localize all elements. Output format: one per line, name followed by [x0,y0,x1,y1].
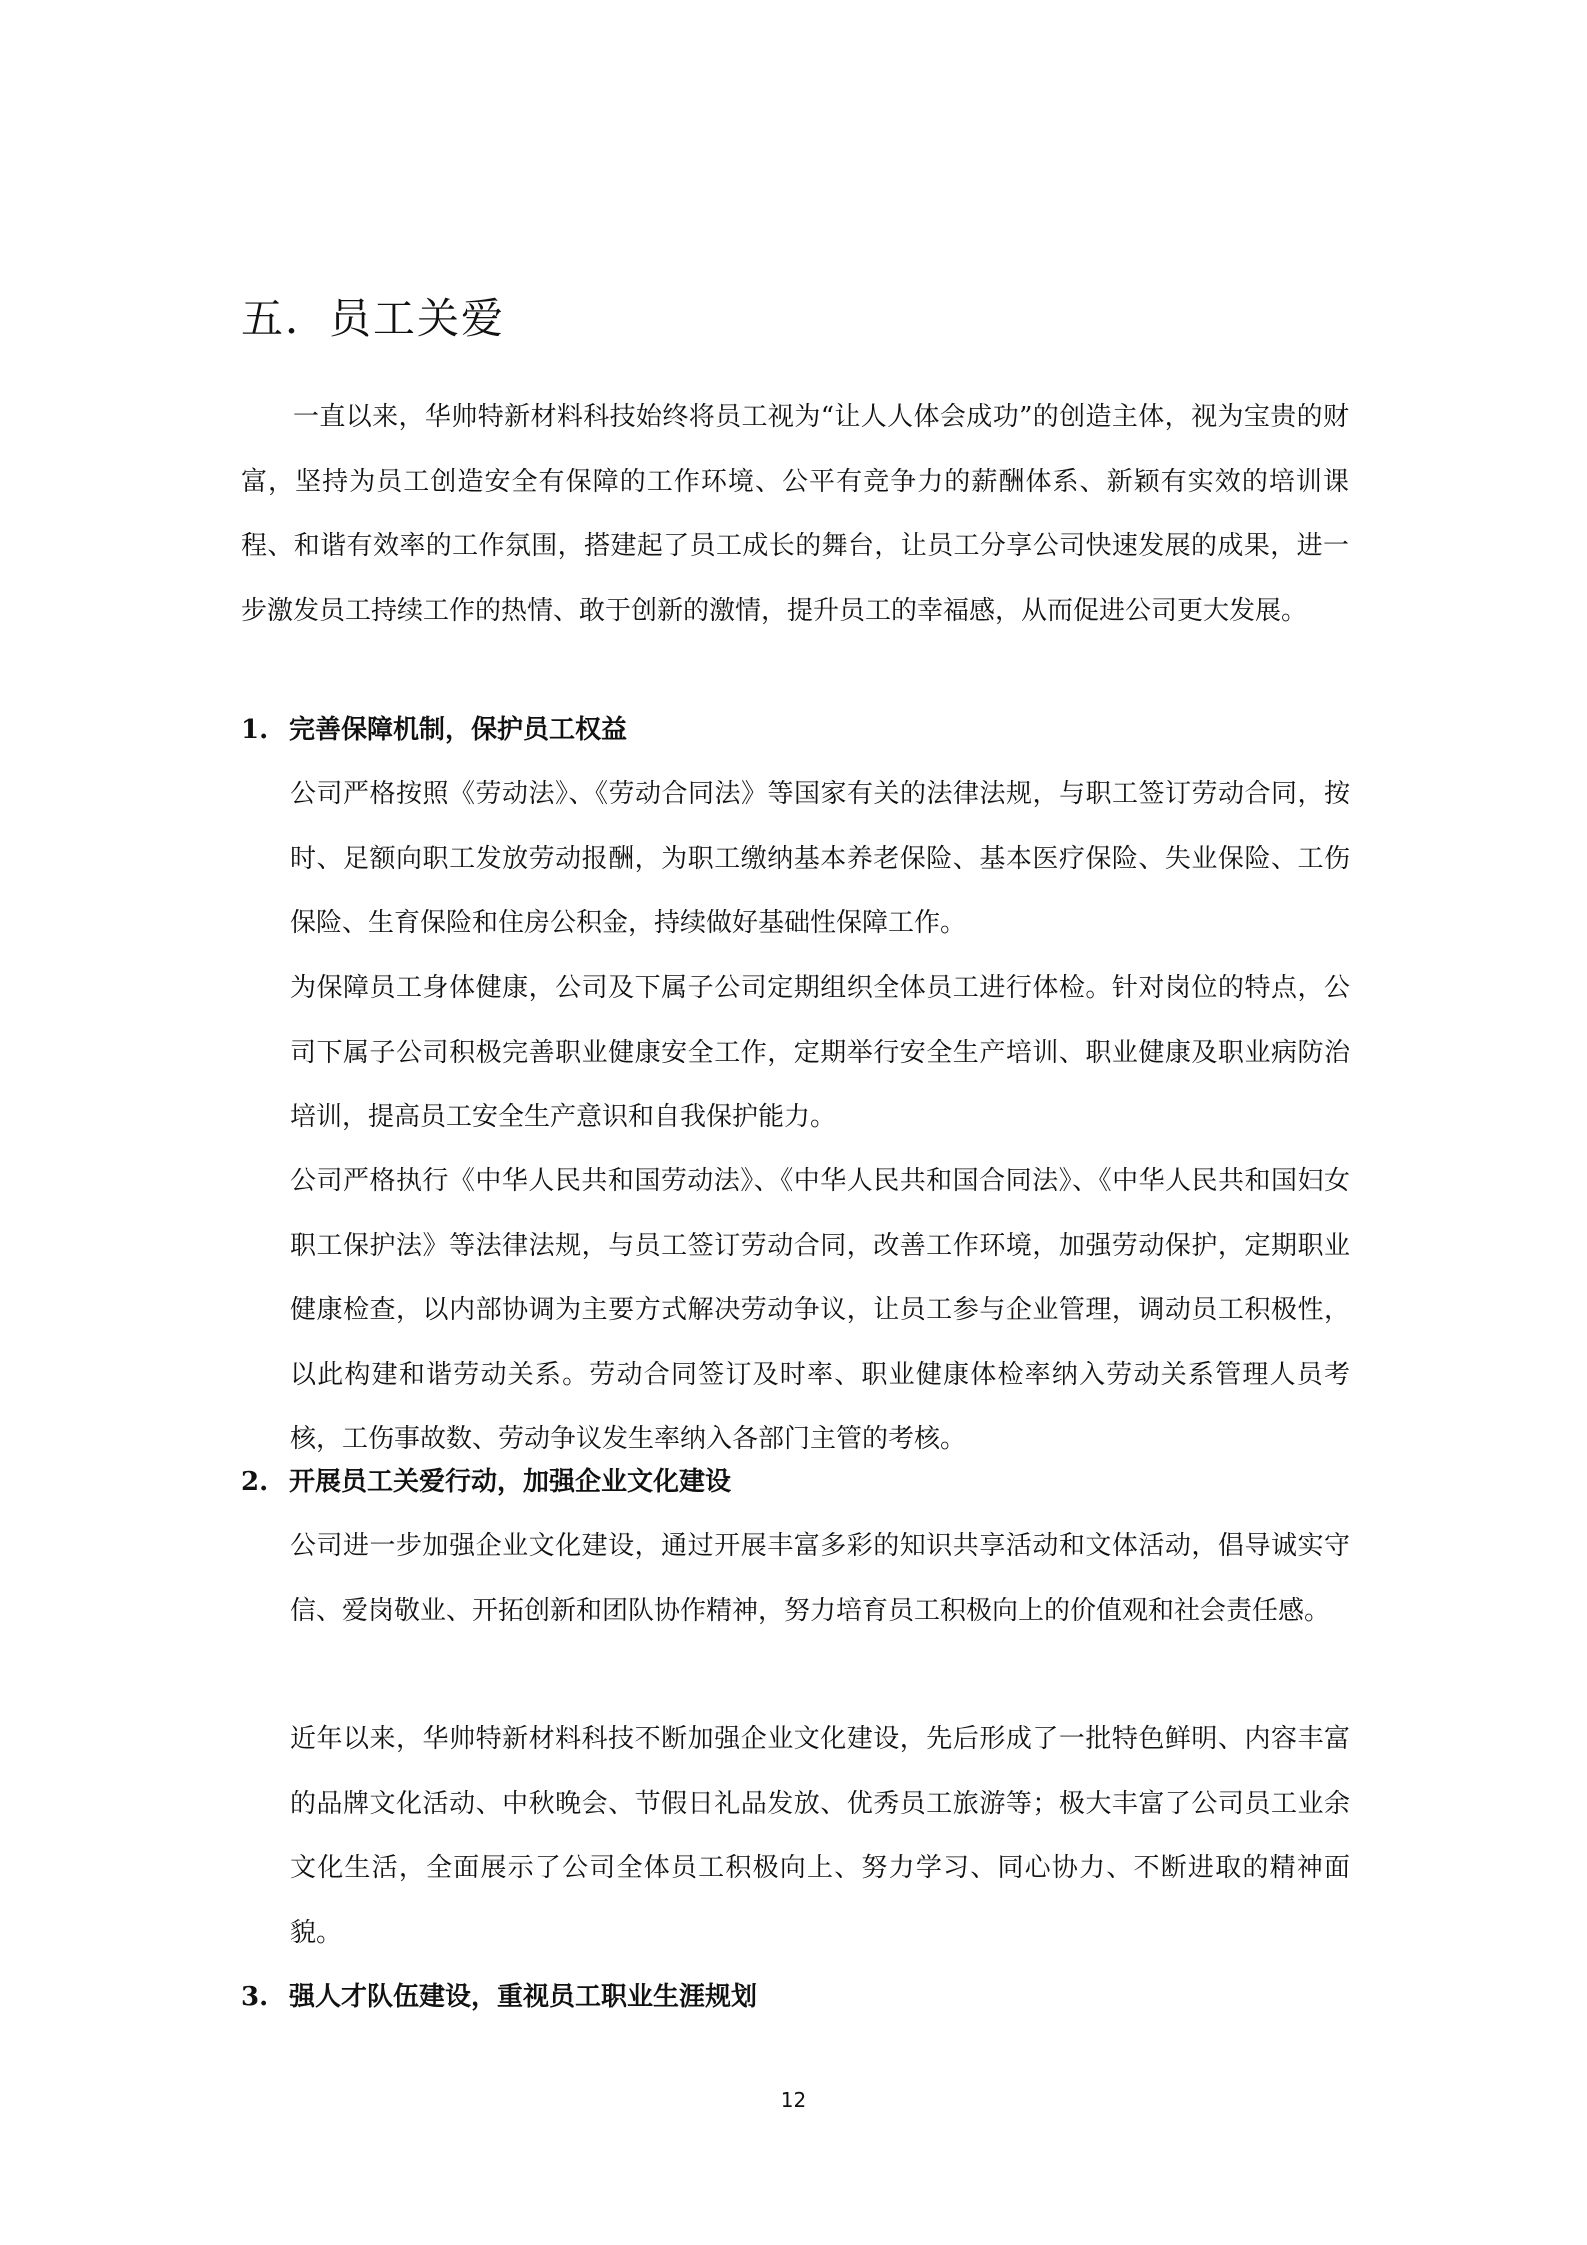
paragraph: 公司严格执行《中华人民共和国劳动法》、《中华人民共和国合同法》、《中华人民共和国… [290,1149,1350,1472]
list-item-heading-1: 1.完善保障机制，保护员工权益 [241,698,627,762]
document-page: 五．员工关爱 一直以来，华帅特新材料科技始终将员工视为“让人人体会成功”的创造主… [0,0,1587,2245]
list-item-heading-text: 开展员工关爱行动，加强企业文化建设 [289,1467,731,1497]
paragraph: 近年以来，华帅特新材料科技不断加强企业文化建设，先后形成了一批特色鲜明、内容丰富… [290,1707,1350,1965]
list-item-heading-text: 强人才队伍建设，重视员工职业生涯规划 [289,1982,757,2012]
list-item-number: 1. [241,698,289,762]
list-item-number: 3. [241,1965,289,2029]
paragraph: 为保障员工身体健康，公司及下属子公司定期组织全体员工进行体检。针对岗位的特点，公… [290,956,1350,1150]
section-title: 五．员工关爱 [241,286,505,346]
list-item-heading-2: 2.开展员工关爱行动，加强企业文化建设 [241,1450,731,1514]
page-number: 12 [0,2088,1587,2112]
list-item-heading-3: 3.强人才队伍建设，重视员工职业生涯规划 [241,1965,757,2029]
list-item-heading-text: 完善保障机制，保护员工权益 [289,715,627,745]
paragraph: 公司进一步加强企业文化建设，通过开展丰富多彩的知识共享活动和文体活动，倡导诚实守… [290,1514,1350,1643]
paragraph: 公司严格按照《劳动法》、《劳动合同法》等国家有关的法律法规，与职工签订劳动合同，… [290,762,1350,956]
intro-paragraph: 一直以来，华帅特新材料科技始终将员工视为“让人人体会成功”的创造主体，视为宝贵的… [241,385,1349,643]
list-item-number: 2. [241,1450,289,1514]
